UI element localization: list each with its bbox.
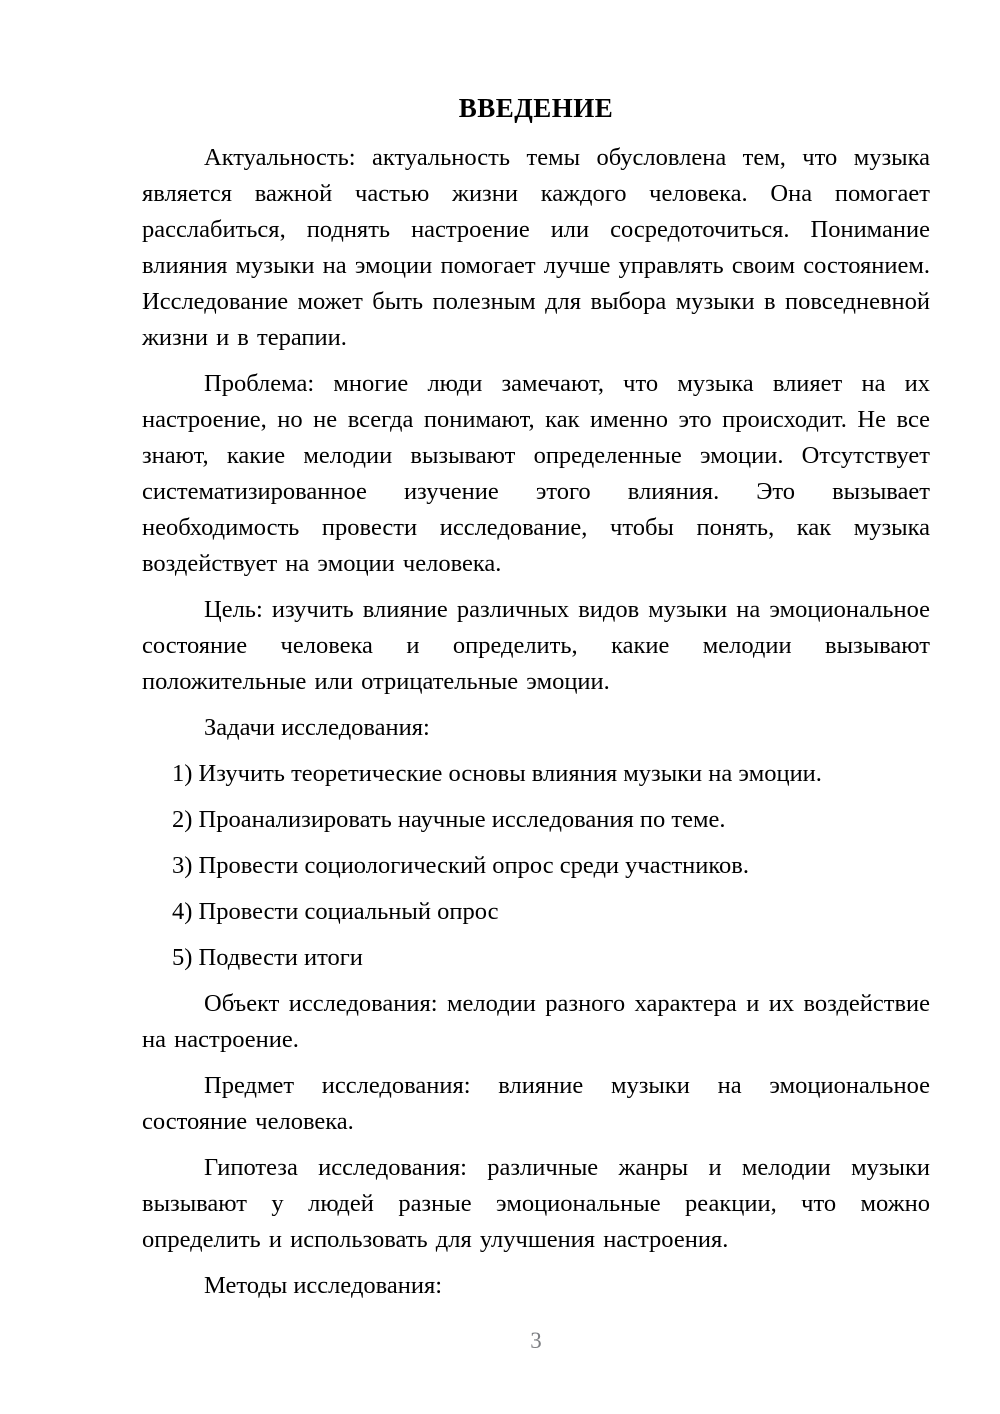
methods-heading: Методы исследования: bbox=[142, 1268, 930, 1304]
task-item-1: 1) Изучить теоретические основы влияния … bbox=[142, 756, 930, 792]
document-content: ВВЕДЕНИЕ Актуальность: актуальность темы… bbox=[142, 90, 930, 1314]
paragraph-predmet: Предмет исследования: влияние музыки на … bbox=[142, 1068, 930, 1140]
task-item-3: 3) Провести социологический опрос среди … bbox=[142, 848, 930, 884]
paragraph-obekt: Объект исследования: мелодии разного хар… bbox=[142, 986, 930, 1058]
page-title: ВВЕДЕНИЕ bbox=[142, 90, 930, 126]
document-page: ВВЕДЕНИЕ Актуальность: актуальность темы… bbox=[0, 0, 1000, 1414]
task-item-4: 4) Провести социальный опрос bbox=[142, 894, 930, 930]
paragraph-gipoteza: Гипотеза исследования: различные жанры и… bbox=[142, 1150, 930, 1258]
paragraph-problema: Проблема: многие люди замечают, что музы… bbox=[142, 366, 930, 582]
task-list: 1) Изучить теоретические основы влияния … bbox=[142, 756, 930, 976]
task-item-5: 5) Подвести итоги bbox=[142, 940, 930, 976]
paragraph-tsel: Цель: изучить влияние различных видов му… bbox=[142, 592, 930, 700]
paragraph-aktualnost: Актуальность: актуальность темы обусловл… bbox=[142, 140, 930, 356]
page-number: 3 bbox=[142, 1328, 930, 1354]
task-item-2: 2) Проанализировать научные исследования… bbox=[142, 802, 930, 838]
tasks-heading: Задачи исследования: bbox=[142, 710, 930, 746]
